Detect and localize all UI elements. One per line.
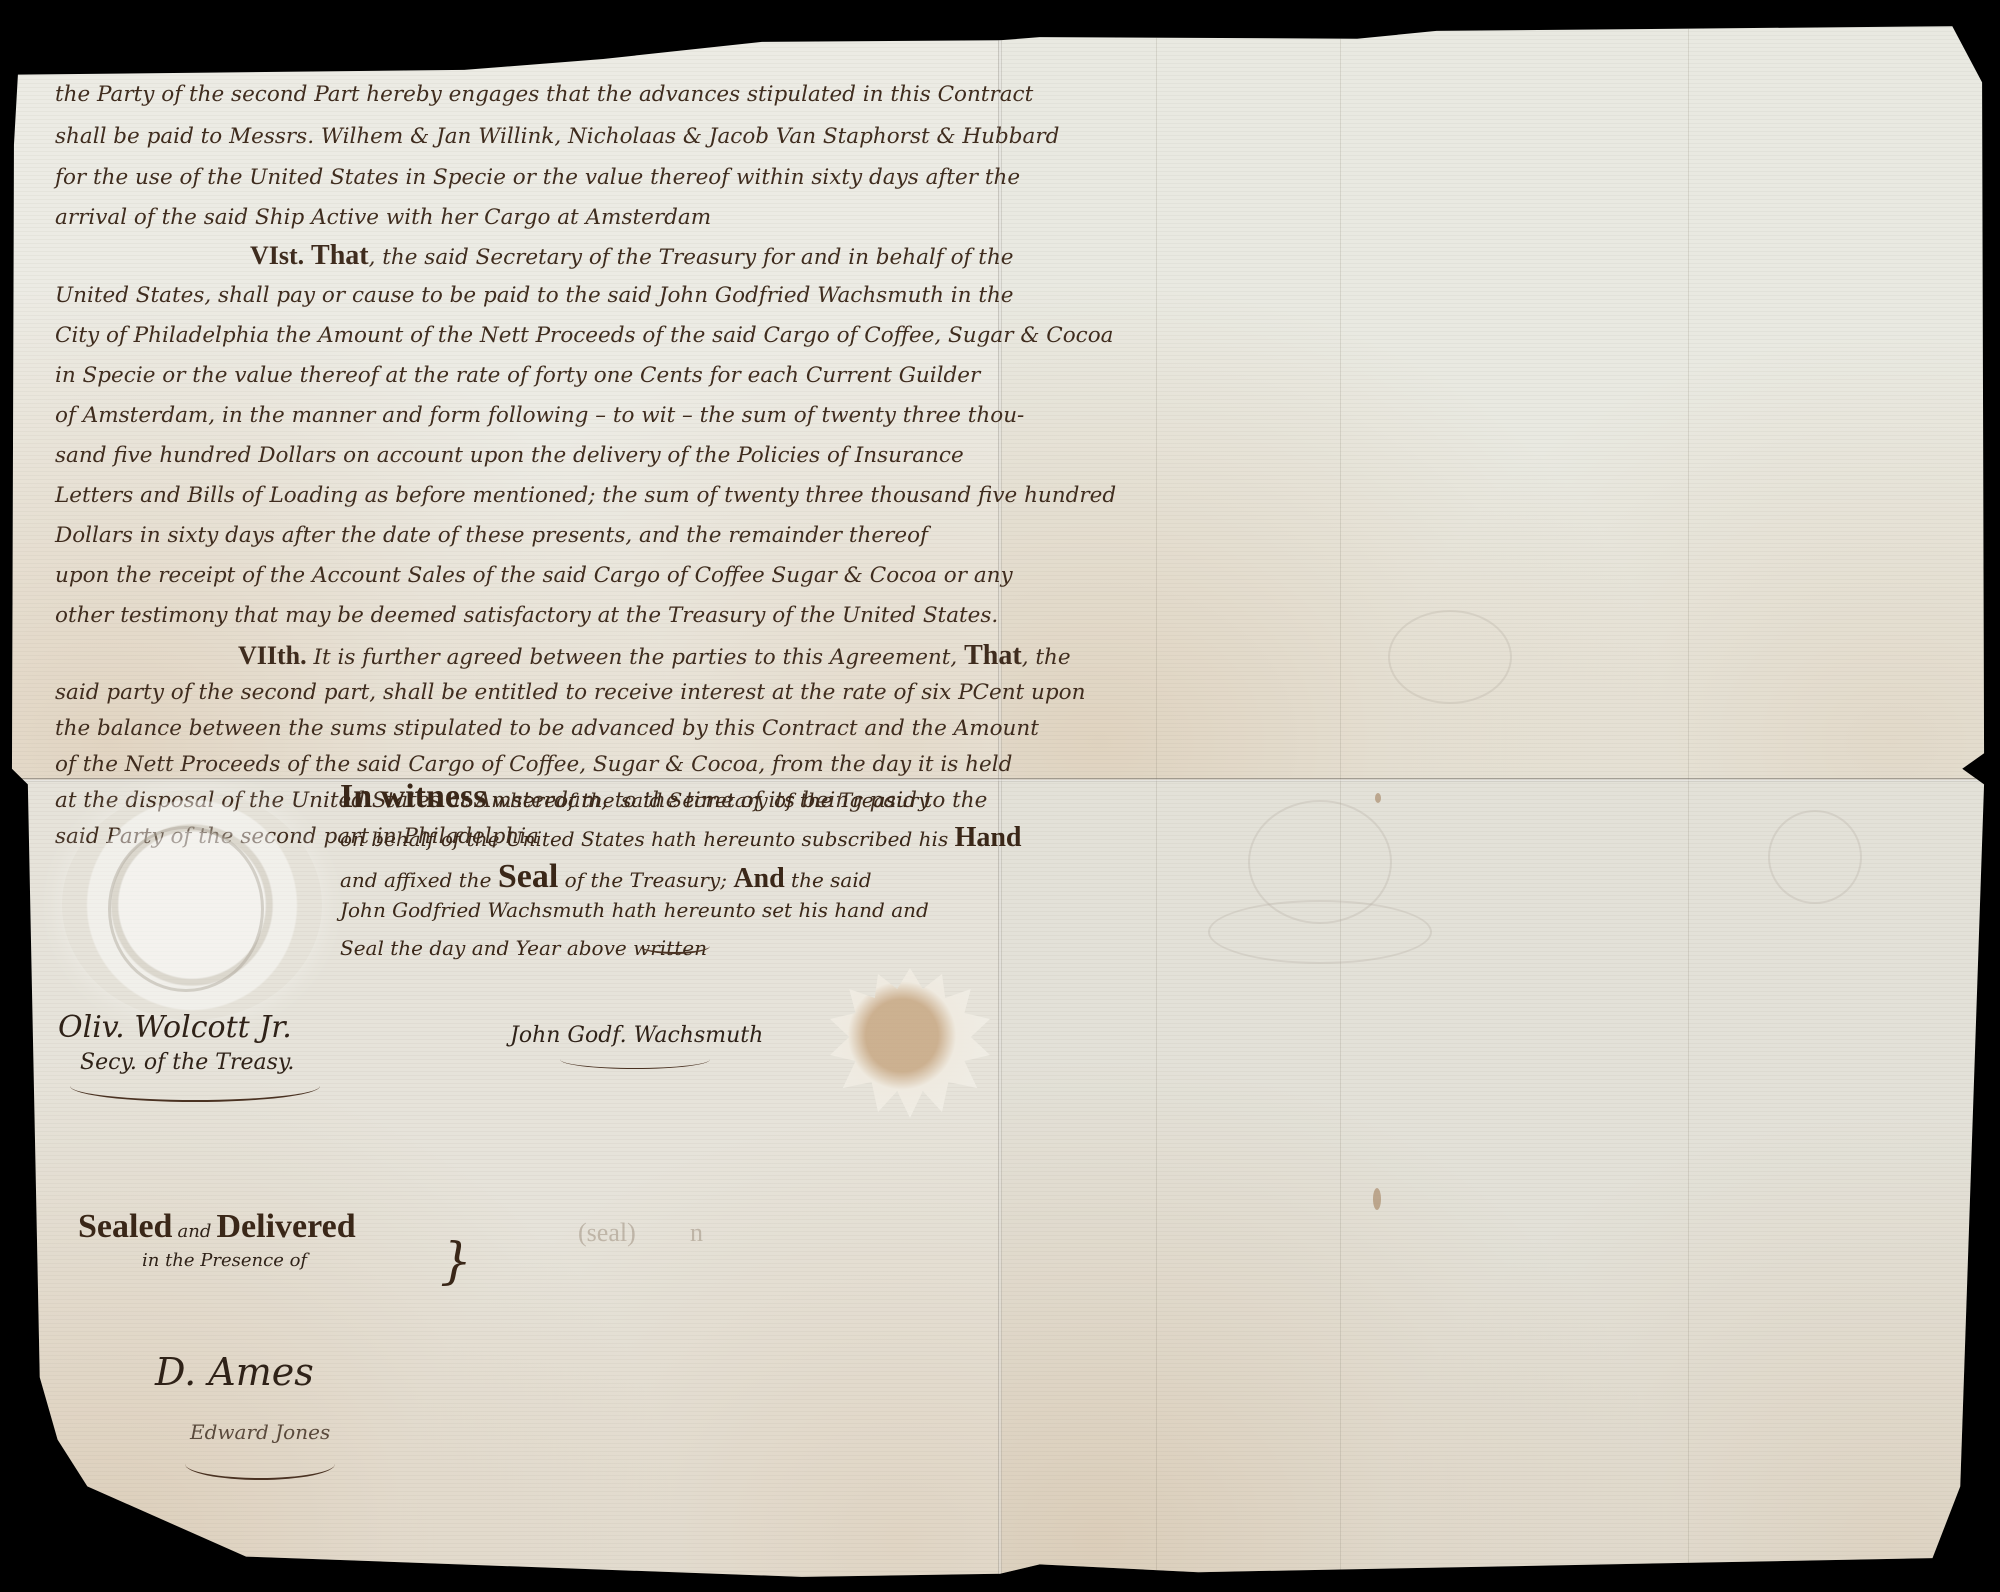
text-line: City of Philadelphia the Amount of the N… <box>55 323 1114 348</box>
text-line: sand five hundred Dollars on account upo… <box>55 443 964 468</box>
seal-word: Seal <box>498 858 558 895</box>
and-word: and <box>178 1221 212 1242</box>
flourish <box>640 938 710 954</box>
watermark-seal <box>1768 810 1862 904</box>
crease-line <box>1340 20 1341 1580</box>
party-signature: John Godf. Wachsmuth <box>510 1023 763 1048</box>
witness-signature-1: D. Ames <box>155 1350 314 1394</box>
text-fragment: It is further agreed between the parties… <box>307 645 958 670</box>
text-fragment: and affixed the <box>340 868 498 892</box>
flourish <box>185 1448 335 1480</box>
text-line: said party of the second part, shall be … <box>55 680 1085 705</box>
stain <box>1373 1188 1381 1210</box>
text-line: for the use of the United States in Spec… <box>55 165 1020 190</box>
text-line: other testimony that may be deemed satis… <box>55 603 998 628</box>
text-fragment: , the said Secretary of the Treasury for… <box>369 245 1014 270</box>
text-line: of the Nett Proceeds of the said Cargo o… <box>55 752 1012 777</box>
article-6-heading: VIst. That, the said Secretary of the Tr… <box>250 240 1014 272</box>
text-fragment: on behalf of the United States hath here… <box>340 827 955 851</box>
text-fragment: the said <box>785 868 872 892</box>
watermark-ornament <box>1388 610 1512 704</box>
secretary-signature: Oliv. Wolcott Jr. <box>58 1010 292 1045</box>
text-fragment: , the <box>1022 645 1071 670</box>
text-line: Dollars in sixty days after the date of … <box>55 523 928 548</box>
article-number: VIIth. <box>238 641 307 670</box>
faint-bleedthrough: (seal) <box>578 1218 636 1248</box>
witness-line: In witness whereof the said Secretary of… <box>340 778 930 816</box>
article-7-heading: VIIth. It is further agreed between the … <box>238 640 1071 672</box>
panel-bottom-right <box>1000 780 1992 1580</box>
witness-line: John Godfried Wachsmuth hath hereunto se… <box>340 898 929 922</box>
watermark-ornament <box>1208 900 1432 964</box>
treasury-seal-ring <box>108 826 264 992</box>
delivered-word: Delivered <box>217 1208 356 1245</box>
in-witness-heading: In witness <box>340 778 486 815</box>
witness-line: on behalf of the United States hath here… <box>340 822 1022 854</box>
article-number: VIst. <box>250 241 304 270</box>
text-line: Letters and Bills of Loading as before m… <box>55 483 1116 508</box>
horizontal-fold <box>8 778 1992 782</box>
sealed-delivered-heading: Sealed and Delivered <box>78 1208 356 1246</box>
crease-line <box>1156 20 1157 1580</box>
text-line: the balance between the sums stipulated … <box>55 716 1039 741</box>
article-keyword: That <box>311 240 369 271</box>
flourish <box>70 1070 320 1102</box>
text-line: of Amsterdam, in the manner and form fol… <box>55 403 1024 428</box>
flourish <box>560 1050 710 1069</box>
sealed-word: Sealed <box>78 1208 172 1245</box>
and-word: And <box>733 863 784 894</box>
text-line: the Party of the second Part hereby enga… <box>55 82 1033 107</box>
text-fragment: whereof the said Secretary of the Treasu… <box>486 788 929 812</box>
text-line: shall be paid to Messrs. Wilhem & Jan Wi… <box>55 124 1059 149</box>
witness-line: and affixed the Seal of the Treasury; An… <box>340 858 872 896</box>
text-fragment: of the Treasury; <box>558 868 733 892</box>
text-line: United States, shall pay or cause to be … <box>55 283 1014 308</box>
text-line: arrival of the said Ship Active with her… <box>55 205 711 230</box>
presence-line: in the Presence of <box>142 1250 307 1271</box>
hand-word: Hand <box>955 822 1022 853</box>
brace-icon: } <box>440 1232 472 1290</box>
crease-line <box>1688 20 1689 1580</box>
text-line: upon the receipt of the Account Sales of… <box>55 563 1013 588</box>
witness-signature-2: Edward Jones <box>190 1420 330 1444</box>
stain <box>1375 793 1381 803</box>
faint-bleedthrough: n <box>690 1218 703 1248</box>
article-keyword: That <box>964 640 1022 671</box>
text-line: in Specie or the value thereof at the ra… <box>55 363 980 388</box>
